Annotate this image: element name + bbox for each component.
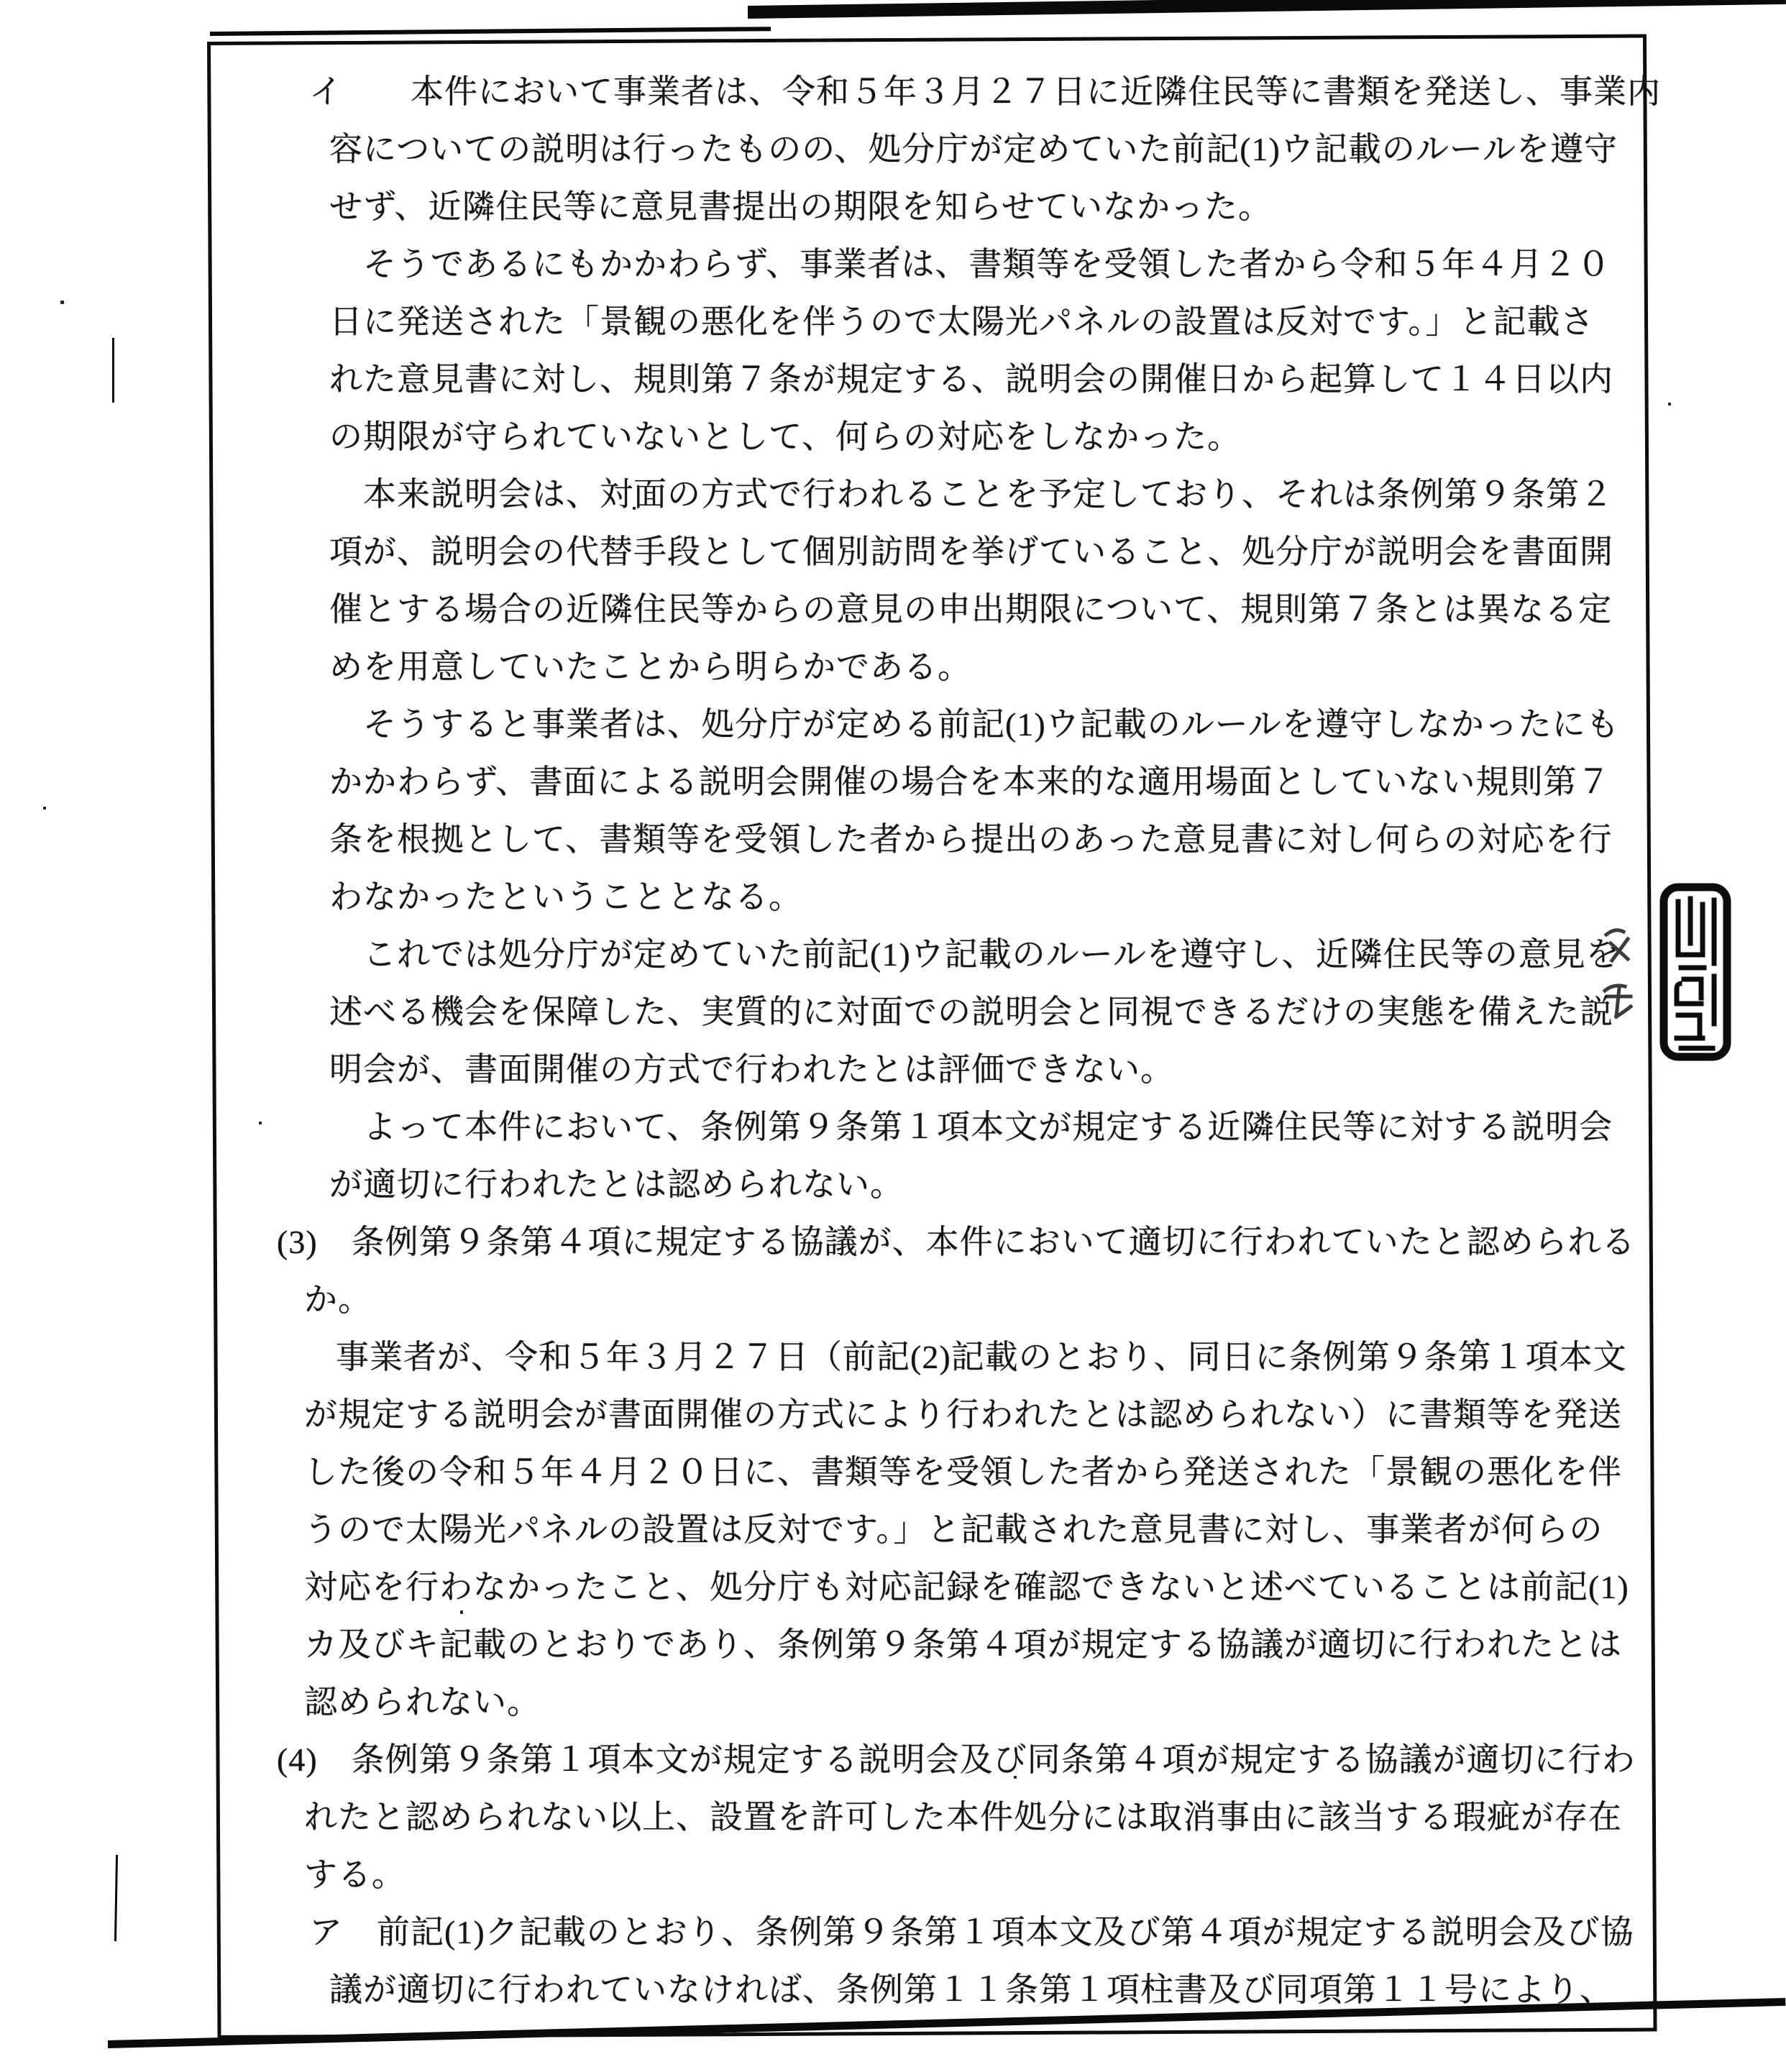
text-line: (3) 条例第９条第４項に規定する協議が、本件において適切に行われていたと認めら… — [0, 1214, 1786, 1271]
text-line: うので太陽光パネルの設置は反対です。」と記載された意見書に対し、事業者が何らの — [0, 1501, 1786, 1559]
text-line: 条を根拠として、書類等を受領した者から提出のあった意見書に対し何らの対応を行 — [0, 811, 1786, 868]
document-text: イ 本件において事業者は、令和５年３月２７日に近隣住民等に書類を発送し、事業内 … — [0, 63, 1786, 2019]
margin-marks-icon — [1599, 922, 1645, 1030]
official-seal-icon — [1659, 883, 1731, 1061]
text-line: れた意見書に対し、規則第７条が規定する、説明会の開催日から起算して１４日以内 — [0, 351, 1786, 408]
text-line: 項が、説明会の代替手段として個別訪問を挙げていること、処分庁が説明会を書面開 — [0, 523, 1786, 581]
page: { "page": { "kind": "scanned-legal-docum… — [0, 0, 1786, 2072]
text-line: わなかったということとなる。 — [0, 868, 1786, 926]
text-line: 催とする場合の近隣住民等からの意見の申出期限について、規則第７条とは異なる定 — [0, 581, 1786, 638]
text-line: (4) 条例第９条第１項本文が規定する説明会及び同条第４項が規定する協議が適切に… — [0, 1731, 1786, 1789]
text-line: これでは処分庁が定めていた前記(1)ウ記載のルールを遵守し、近隣住民等の意見を — [0, 926, 1786, 984]
text-line: 本来説明会は、対面の方式で行われることを予定しており、それは条例第９条第２ — [0, 466, 1786, 523]
text-line: せず、近隣住民等に意見書提出の期限を知らせていなかった。 — [0, 178, 1786, 236]
text-line: よって本件において、条例第９条第１項本文が規定する近隣住民等に対する説明会 — [0, 1099, 1786, 1156]
text-line: 議が適切に行われていなければ、条例第１１条第１項柱書及び同項第１１号により、 — [0, 1961, 1786, 2019]
text-line: イ 本件において事業者は、令和５年３月２７日に近隣住民等に書類を発送し、事業内 — [0, 63, 1786, 121]
text-line: した後の令和５年４月２０日に、書類等を受領した者から発送された「景観の悪化を伴 — [0, 1444, 1786, 1501]
text-line: カ及びキ記載のとおりであり、条例第９条第４項が規定する協議が適切に行われたとは — [0, 1616, 1786, 1674]
text-line: 事業者が、令和５年３月２７日（前記(2)記載のとおり、同日に条例第９条第１項本文 — [0, 1329, 1786, 1386]
text-line: する。 — [0, 1846, 1786, 1904]
text-line: ア 前記(1)ク記載のとおり、条例第９条第１項本文及び第４項が規定する説明会及び… — [0, 1904, 1786, 1961]
text-line: めを用意していたことから明らかである。 — [0, 638, 1786, 696]
text-line: 容についての説明は行ったものの、処分庁が定めていた前記(1)ウ記載のルールを遵守 — [0, 121, 1786, 178]
scan-artifact-top-left — [210, 27, 771, 36]
text-line: が規定する説明会が書面開催の方式により行われたとは認められない）に書類等を発送 — [0, 1386, 1786, 1444]
text-line: かかわらず、書面による説明会開催の場合を本来的な適用場面としていない規則第７ — [0, 753, 1786, 811]
text-line: 認められない。 — [0, 1674, 1786, 1731]
text-line: 対応を行わなかったこと、処分庁も対応記録を確認できないと述べていることは前記(1… — [0, 1559, 1786, 1616]
text-line: れたと認められない以上、設置を許可した本件処分には取消事由に該当する瑕疵が存在 — [0, 1789, 1786, 1846]
text-line: 明会が、書面開催の方式で行われたとは評価できない。 — [0, 1041, 1786, 1099]
text-line: そうすると事業者は、処分庁が定める前記(1)ウ記載のルールを遵守しなかったにも — [0, 696, 1786, 753]
text-line: か。 — [0, 1271, 1786, 1329]
text-line: そうであるにもかかわらず、事業者は、書類等を受領した者から令和５年４月２０ — [0, 236, 1786, 293]
text-line: 日に発送された「景観の悪化を伴うので太陽光パネルの設置は反対です。」と記載さ — [0, 293, 1786, 351]
scan-artifact-top-right — [748, 0, 1786, 19]
text-line: が適切に行われたとは認められない。 — [0, 1156, 1786, 1214]
text-line: の期限が守られていないとして、何らの対応をしなかった。 — [0, 408, 1786, 466]
text-line: 述べる機会を保障した、実質的に対面での説明会と同視できるだけの実態を備えた説 — [0, 984, 1786, 1041]
